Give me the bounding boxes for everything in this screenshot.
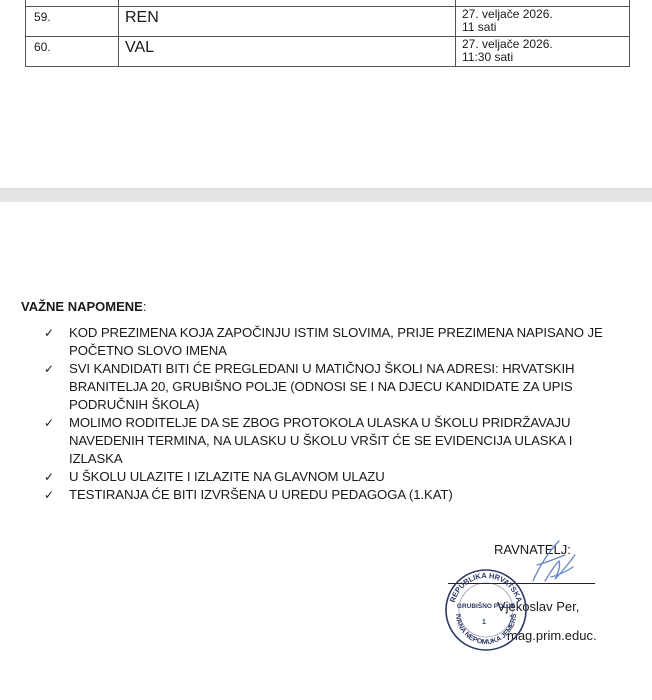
checkmark-icon: ✓ (44, 324, 54, 342)
list-item: ✓U ŠKOLU ULAZITE I IZLAZITE NA GLAVNOM U… (44, 468, 624, 486)
svg-text:1: 1 (482, 619, 486, 626)
checkmark-icon: ✓ (44, 486, 54, 504)
handwritten-signature-icon (515, 537, 585, 587)
schedule-table: 59. REN 27. veljače 2026. 11 sati 60. VA… (25, 0, 630, 67)
notes-list: ✓KOD PREZIMENA KOJA ZAPOČINJU ISTIM SLOV… (44, 324, 624, 504)
svg-text:REPUBLIKA HRVATSKA: REPUBLIKA HRVATSKA (448, 571, 524, 604)
list-item: ✓TESTIRANJA ĆE BITI IZVRŠENA U UREDU PED… (44, 486, 624, 504)
list-item: ✓MOLIMO RODITELJE DA SE ZBOG PROTOKOLA U… (44, 414, 624, 468)
appointment-time: 11 sati (462, 21, 629, 34)
document-page-1: 59. REN 27. veljače 2026. 11 sati 60. VA… (0, 0, 652, 188)
candidate-code: VAL (119, 37, 456, 67)
appointment-datetime: 27. veljače 2026. 11 sati (456, 7, 630, 37)
table-row: 59. REN 27. veljače 2026. 11 sati (26, 7, 630, 37)
page-separator (0, 188, 652, 203)
checkmark-icon: ✓ (44, 414, 54, 432)
svg-text:GRUBIŠNO POLJE: GRUBIŠNO POLJE (457, 601, 516, 610)
row-number: 60. (26, 37, 119, 67)
appointment-time: 11:30 sati (462, 51, 629, 64)
appointment-datetime: 27. veljače 2026. 11:30 sati (456, 37, 630, 67)
checkmark-icon: ✓ (44, 468, 54, 486)
table-row: 60. VAL 27. veljače 2026. 11:30 sati (26, 37, 630, 67)
list-item: ✓KOD PREZIMENA KOJA ZAPOČINJU ISTIM SLOV… (44, 324, 624, 360)
document-page-2: VAŽNE NAPOMENE: ✓KOD PREZIMENA KOJA ZAPO… (0, 202, 652, 700)
notes-heading: VAŽNE NAPOMENE: (21, 299, 146, 314)
list-item: ✓SVI KANDIDATI BITI ĆE PREGLEDANI U MATI… (44, 360, 624, 414)
row-number: 59. (26, 7, 119, 37)
checkmark-icon: ✓ (44, 360, 54, 378)
candidate-code: REN (119, 7, 456, 37)
